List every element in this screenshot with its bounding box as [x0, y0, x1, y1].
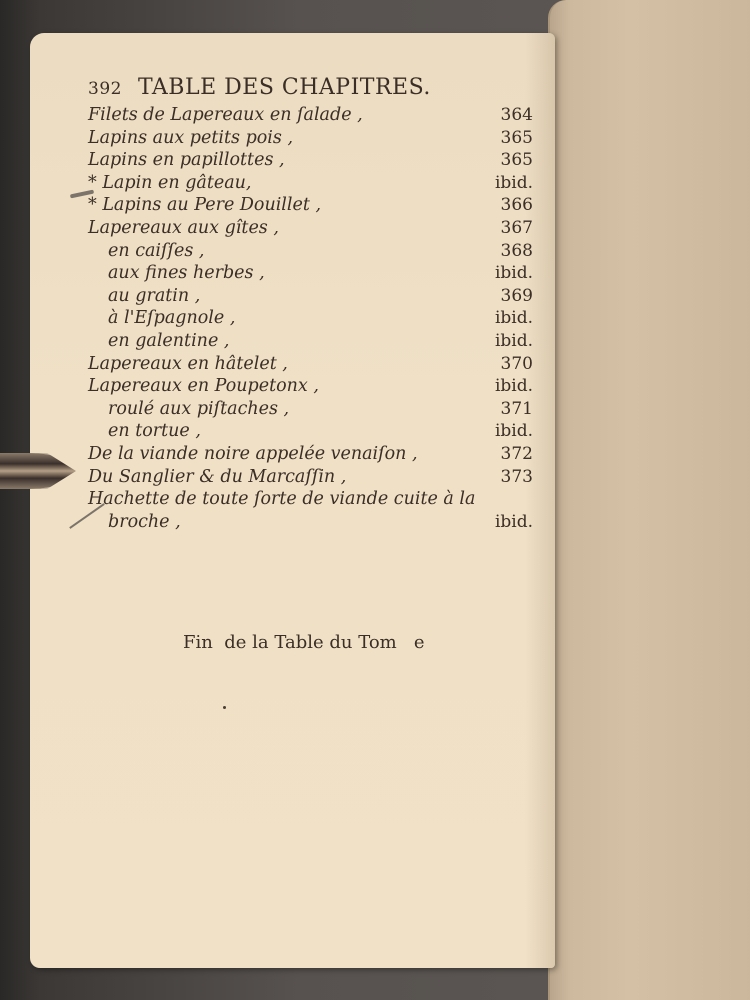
toc-entry: en tortue ,ibid. [88, 420, 533, 443]
entry-label: Lapins aux petits pois , [88, 127, 293, 150]
entry-page: 365 [501, 149, 533, 172]
toc-entry: * Lapin en gâteau,ibid. [88, 172, 533, 195]
entry-page: ibid. [495, 420, 533, 443]
entry-page: ibid. [495, 511, 533, 534]
entry-page: ibid. [495, 262, 533, 285]
entry-page: 373 [501, 466, 533, 489]
toc-entry: en galentine ,ibid. [88, 330, 533, 353]
page-header: 392TABLE DES CHAPITRES. [88, 75, 508, 100]
entry-page: 368 [501, 240, 533, 263]
entry-label: Lapereaux en hâtelet , [88, 353, 288, 376]
table-of-contents: Filets de Lapereaux en ſalade ,364 Lapin… [88, 104, 533, 533]
entry-page: 371 [501, 398, 533, 421]
entry-label: De la viande noire appelée venaiſon , [88, 443, 418, 466]
entry-label: Lapereaux en Poupetonx , [88, 375, 319, 398]
entry-label: Hachette de toute ſorte de viande cuite … [88, 488, 475, 511]
toc-entry: Du Sanglier & du Marcaſſin ,373 [88, 466, 533, 489]
entry-label: en galentine , [108, 330, 229, 353]
entry-page: 370 [501, 353, 533, 376]
entry-label: Lapins en papillottes , [88, 149, 285, 172]
toc-entry: Lapins en papillottes ,365 [88, 149, 533, 172]
toc-entry: De la viande noire appelée venaiſon ,372 [88, 443, 533, 466]
toc-entry: roulé aux piſtaches ,371 [88, 398, 533, 421]
toc-entry: Lapereaux aux gîtes ,367 [88, 217, 533, 240]
table-end-note: Fin de la Table du Tom e [183, 632, 425, 653]
page-number: 392 [88, 79, 122, 99]
toc-entry: Lapins aux petits pois ,365 [88, 127, 533, 150]
toc-entry: Lapereaux en Poupetonx ,ibid. [88, 375, 533, 398]
page-title: TABLE DES CHAPITRES. [138, 75, 431, 100]
entry-page: 366 [501, 194, 533, 217]
entry-label: Lapereaux aux gîtes , [88, 217, 279, 240]
toc-entry: Filets de Lapereaux en ſalade ,364 [88, 104, 533, 127]
entry-page: 367 [501, 217, 533, 240]
entry-label: * Lapins au Pere Douillet , [88, 194, 321, 217]
entry-label: * Lapin en gâteau, [88, 172, 251, 195]
entry-label: Du Sanglier & du Marcaſſin , [88, 466, 346, 489]
facing-page [548, 0, 750, 1000]
toc-entry: Hachette de toute ſorte de viande cuite … [88, 488, 533, 511]
entry-label: à l'Eſpagnole , [108, 307, 235, 330]
toc-entry: broche ,ibid. [88, 511, 533, 534]
entry-page: ibid. [495, 330, 533, 353]
toc-entry: aux fines herbes ,ibid. [88, 262, 533, 285]
entry-page: 364 [501, 104, 533, 127]
entry-page: 372 [501, 443, 533, 466]
entry-page: ibid. [495, 375, 533, 398]
entry-page: 365 [501, 127, 533, 150]
toc-entry: Lapereaux en hâtelet ,370 [88, 353, 533, 376]
entry-label: aux fines herbes , [108, 262, 265, 285]
entry-page: ibid. [495, 172, 533, 195]
entry-page: 369 [501, 285, 533, 308]
toc-entry: au gratin ,369 [88, 285, 533, 308]
entry-label: Filets de Lapereaux en ſalade , [88, 104, 363, 127]
toc-entry: en caiſſes ,368 [88, 240, 533, 263]
ink-spot [223, 706, 226, 709]
toc-entry: * Lapins au Pere Douillet ,366 [88, 194, 533, 217]
entry-label: roulé aux piſtaches , [108, 398, 289, 421]
entry-label: au gratin , [108, 285, 200, 308]
entry-label: broche , [108, 511, 181, 534]
entry-page: ibid. [495, 307, 533, 330]
entry-label: en caiſſes , [108, 240, 204, 263]
entry-label: en tortue , [108, 420, 201, 443]
toc-entry: à l'Eſpagnole ,ibid. [88, 307, 533, 330]
